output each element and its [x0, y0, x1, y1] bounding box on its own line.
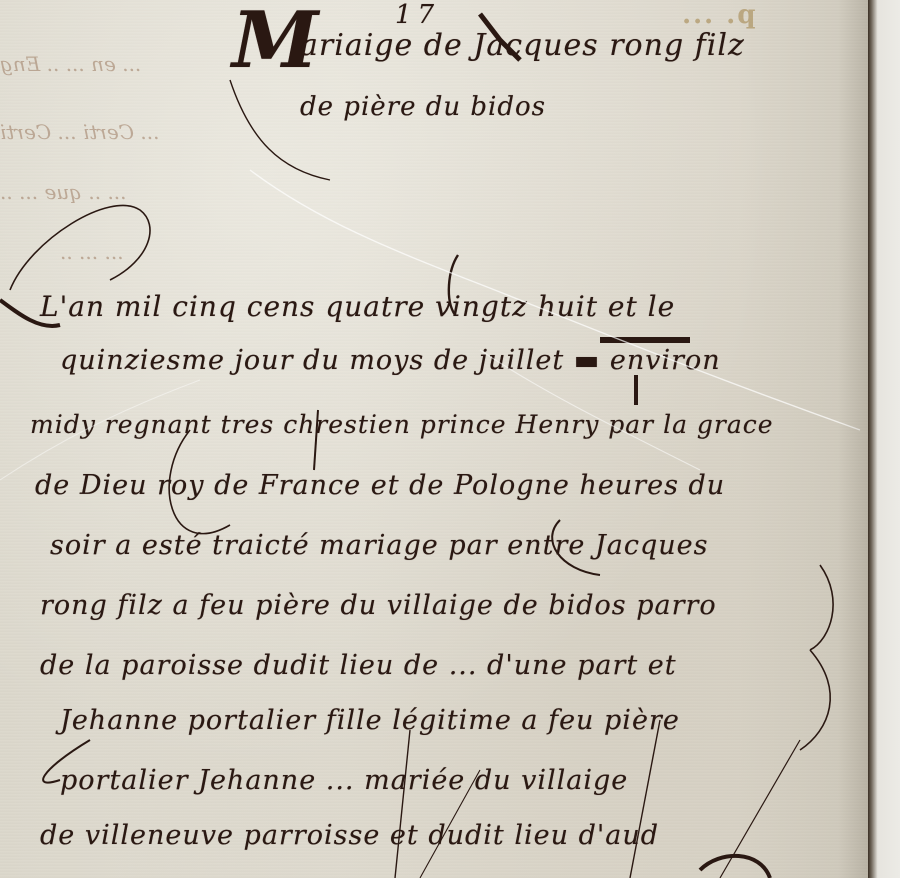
- binding-gutter: [868, 0, 900, 878]
- bleed-through-text-1: ... en ... .. Eng: [0, 52, 141, 76]
- body-line-3: midy regnant tres chrestien prince Henry…: [30, 410, 774, 439]
- body-line-5: soir a esté traicté mariage par entre Ja…: [50, 530, 708, 561]
- title-line-2: de pière du bidos: [300, 92, 546, 122]
- manuscript-page: ... en ... .. Eng ... Certi ... Certi ..…: [0, 0, 868, 878]
- folio-number: 17: [395, 0, 440, 30]
- bleed-through-text-3: ... .. que ... ..: [0, 180, 127, 204]
- title-line-1: ariaige de Jacques rong filz: [300, 28, 745, 63]
- body-line-9: portalier Jehanne ... mariée du villaige: [60, 765, 628, 796]
- body-line-1: L'an mil cinq cens quatre vingtz huit et…: [40, 290, 675, 323]
- corner-bleed-note: p. ...: [680, 0, 755, 30]
- page-gutter-shadow: [838, 0, 870, 878]
- bleed-through-text-4: ... ... ..: [60, 240, 124, 264]
- bleed-through-text-2: ... Certi ... Certi: [0, 120, 159, 144]
- body-line-10: de villeneuve parroisse et dudit lieu d'…: [40, 820, 659, 851]
- body-line-4: de Dieu roy de France et de Pologne heur…: [35, 470, 725, 501]
- body-line-6: rong filz a feu pière du villaige de bid…: [40, 590, 717, 621]
- body-line-7: de la paroisse dudit lieu de ... d'une p…: [40, 650, 677, 681]
- body-line-8: Jehanne portalier fille légitime a feu p…: [60, 705, 680, 736]
- body-line-2: quinziesme jour du moys de juillet ▬ env…: [60, 345, 721, 376]
